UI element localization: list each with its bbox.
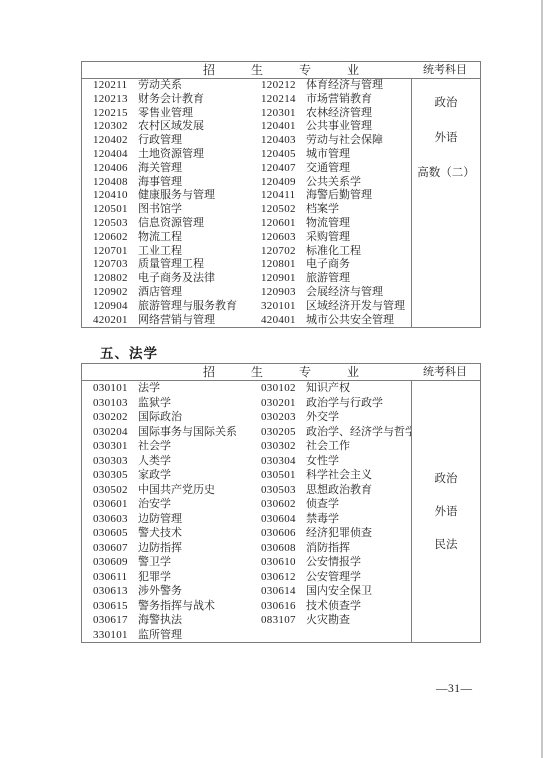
page-number: —31—	[436, 683, 473, 695]
major-name: 女性学	[306, 454, 411, 469]
major-name: 海警后勤管理	[306, 189, 411, 203]
major-code: 030501	[261, 468, 306, 483]
major-code: 030617	[93, 613, 138, 628]
subjects-column-header: 统考科目	[410, 62, 480, 78]
major-code: 120212	[261, 79, 306, 93]
major-code: 030302	[261, 439, 306, 454]
major-code: 120214	[261, 93, 306, 107]
major-name: 城市管理	[306, 148, 411, 162]
exam-subject: 外语	[435, 131, 458, 145]
major-code	[261, 628, 306, 643]
major-code: 120903	[261, 286, 306, 300]
majors-rows: 030101法学030102知识产权030103监狱学030201政治学与行政学…	[82, 381, 411, 642]
major-name: 知识产权	[306, 381, 411, 396]
major-code: 030102	[261, 381, 306, 396]
table-row: 030305家政学030501科学社会主义	[82, 468, 411, 483]
subjects-column-header: 统考科目	[410, 364, 480, 380]
major-code: 120408	[93, 176, 138, 190]
major-code: 120215	[93, 107, 138, 121]
major-name: 监狱学	[138, 396, 261, 411]
major-name: 旅游管理与服务教育	[138, 300, 261, 314]
major-code: 030502	[93, 483, 138, 498]
table-row: 030601治安学030602侦查学	[82, 497, 411, 512]
major-name: 标准化工程	[306, 245, 411, 259]
table-row: 120602物流工程120603采购管理	[82, 231, 411, 245]
major-code: 030605	[93, 526, 138, 541]
table-row: 030204国际事务与国际关系030205政治学、经济学与哲学	[82, 425, 411, 440]
table-row: 030103监狱学030201政治学与行政学	[82, 396, 411, 411]
major-name: 禁毒学	[306, 512, 411, 527]
major-name: 劳动与社会保障	[306, 134, 411, 148]
major-name: 海警执法	[138, 613, 261, 628]
table-body: 030101法学030102知识产权030103监狱学030201政治学与行政学…	[82, 381, 480, 642]
major-name: 酒店管理	[138, 286, 261, 300]
major-name: 边防管理	[138, 512, 261, 527]
major-code: 120409	[261, 176, 306, 190]
major-code: 030303	[93, 454, 138, 469]
major-name: 财务会计教育	[138, 93, 261, 107]
table-row: 030607边防指挥030608消防指挥	[82, 541, 411, 556]
major-name: 物流管理	[306, 217, 411, 231]
major-code: 420201	[93, 314, 138, 327]
table-row: 120211劳动关系120212体育经济与管理	[82, 79, 411, 93]
major-name: 思想政治教育	[306, 483, 411, 498]
major-code: 120410	[93, 189, 138, 203]
page-edge-shadow	[541, 0, 543, 758]
major-name: 政治学、经济学与哲学	[306, 425, 411, 440]
major-code: 030612	[261, 570, 306, 585]
table-row: 030617海警执法083107火灾勘查	[82, 613, 411, 628]
major-name: 警犬技术	[138, 526, 261, 541]
major-code: 120902	[93, 286, 138, 300]
major-name: 交通管理	[306, 162, 411, 176]
table-row: 120501图书馆学120502档案学	[82, 203, 411, 217]
major-name: 采购管理	[306, 231, 411, 245]
major-name: 警卫学	[138, 555, 261, 570]
major-name: 治安学	[138, 497, 261, 512]
table-row: 330101监所管理	[82, 628, 411, 643]
major-code: 120901	[261, 272, 306, 286]
table-header-row: 招生专业 统考科目	[82, 364, 480, 381]
major-name: 质量管理工程	[138, 258, 261, 272]
major-name: 社会学	[138, 439, 261, 454]
major-name: 网络营销与管理	[138, 314, 261, 327]
major-code: 030602	[261, 497, 306, 512]
major-code: 030613	[93, 584, 138, 599]
major-name: 体育经济与管理	[306, 79, 411, 93]
major-code: 120302	[93, 120, 138, 134]
exam-subject: 高数（二）	[417, 166, 475, 180]
major-name: 图书馆学	[138, 203, 261, 217]
major-code: 030611	[93, 570, 138, 585]
table-row: 120410健康服务与管理120411海警后勤管理	[82, 189, 411, 203]
major-name: 城市公共安全管理	[306, 314, 411, 327]
table-body: 120211劳动关系120212体育经济与管理120213财务会计教育12021…	[82, 79, 480, 327]
table-row: 120213财务会计教育120214市场营销教育	[82, 93, 411, 107]
major-code: 030607	[93, 541, 138, 556]
section-title-law: 五、法学	[100, 342, 158, 362]
table-row: 120703质量管理工程120801电子商务	[82, 258, 411, 272]
major-code: 120406	[93, 162, 138, 176]
major-code: 120407	[261, 162, 306, 176]
major-code: 030204	[93, 425, 138, 440]
major-code: 030503	[261, 483, 306, 498]
table-row: 030502中国共产党历史030503思想政治教育	[82, 483, 411, 498]
major-name: 区域经济开发与管理	[306, 300, 411, 314]
major-code: 030616	[261, 599, 306, 614]
exam-subjects-cell: 政治外语高数（二）	[411, 79, 480, 327]
major-name: 零售业管理	[138, 107, 261, 121]
major-code: 120503	[93, 217, 138, 231]
major-code: 120404	[93, 148, 138, 162]
table-row: 030609警卫学030610公安情报学	[82, 555, 411, 570]
major-name: 会展经济与管理	[306, 286, 411, 300]
table-row: 120902酒店管理120903会展经济与管理	[82, 286, 411, 300]
table-row: 030101法学030102知识产权	[82, 381, 411, 396]
major-name: 行政管理	[138, 134, 261, 148]
major-name: 中国共产党历史	[138, 483, 261, 498]
major-name: 外交学	[306, 410, 411, 425]
major-name: 政治学与行政学	[306, 396, 411, 411]
table-row: 420201网络营销与管理420401城市公共安全管理	[82, 314, 411, 327]
major-name: 土地资源管理	[138, 148, 261, 162]
major-code: 120405	[261, 148, 306, 162]
major-name: 物流工程	[138, 231, 261, 245]
major-code: 030101	[93, 381, 138, 396]
major-name	[306, 628, 411, 643]
major-name: 涉外警务	[138, 584, 261, 599]
table-row: 030603边防管理030604禁毒学	[82, 512, 411, 527]
major-code: 030202	[93, 410, 138, 425]
major-code: 030608	[261, 541, 306, 556]
major-name: 海事管理	[138, 176, 261, 190]
major-name: 国际事务与国际关系	[138, 425, 261, 440]
major-name: 工业工程	[138, 245, 261, 259]
table-row: 030202国际政治030203外交学	[82, 410, 411, 425]
major-code: 120801	[261, 258, 306, 272]
major-code: 120904	[93, 300, 138, 314]
major-name: 电子商务及法律	[138, 272, 261, 286]
major-code: 330101	[93, 628, 138, 643]
major-code: 030205	[261, 425, 306, 440]
table-row: 120503信息资源管理120601物流管理	[82, 217, 411, 231]
major-name: 社会工作	[306, 439, 411, 454]
major-name: 档案学	[306, 203, 411, 217]
major-name: 健康服务与管理	[138, 189, 261, 203]
exam-subject: 政治	[435, 472, 458, 486]
major-code: 030103	[93, 396, 138, 411]
major-code: 120802	[93, 272, 138, 286]
major-name: 旅游管理	[306, 272, 411, 286]
major-code: 083107	[261, 613, 306, 628]
table-row: 030605警犬技术030606经济犯罪侦查	[82, 526, 411, 541]
major-code: 030203	[261, 410, 306, 425]
table-row: 030301社会学030302社会工作	[82, 439, 411, 454]
major-name: 海关管理	[138, 162, 261, 176]
major-name: 边防指挥	[138, 541, 261, 556]
table-row: 120408海事管理120409公共关系学	[82, 176, 411, 190]
major-code: 320101	[261, 300, 306, 314]
major-name: 国际政治	[138, 410, 261, 425]
major-name: 技术侦查学	[306, 599, 411, 614]
major-code: 120402	[93, 134, 138, 148]
major-name: 国内安全保卫	[306, 584, 411, 599]
exam-subject: 民法	[435, 538, 458, 552]
document-page: 招生专业 统考科目 120211劳动关系120212体育经济与管理120213财…	[0, 0, 546, 758]
major-name: 电子商务	[306, 258, 411, 272]
major-code: 030609	[93, 555, 138, 570]
major-code: 120603	[261, 231, 306, 245]
table-row: 120406海关管理120407交通管理	[82, 162, 411, 176]
exam-subject: 外语	[435, 505, 458, 519]
table-row: 120904旅游管理与服务教育320101区域经济开发与管理	[82, 300, 411, 314]
major-code: 120411	[261, 189, 306, 203]
major-code: 120601	[261, 217, 306, 231]
major-code: 120703	[93, 258, 138, 272]
major-name: 人类学	[138, 454, 261, 469]
major-code: 120602	[93, 231, 138, 245]
major-name: 法学	[138, 381, 261, 396]
major-code: 120403	[261, 134, 306, 148]
table-row: 120402行政管理120403劳动与社会保障	[82, 134, 411, 148]
major-name: 劳动关系	[138, 79, 261, 93]
major-name: 警务指挥与战术	[138, 599, 261, 614]
major-name: 信息资源管理	[138, 217, 261, 231]
majors-rows: 120211劳动关系120212体育经济与管理120213财务会计教育12021…	[82, 79, 411, 327]
major-code: 120702	[261, 245, 306, 259]
major-name: 犯罪学	[138, 570, 261, 585]
major-name: 科学社会主义	[306, 468, 411, 483]
major-name: 侦查学	[306, 497, 411, 512]
major-code: 030614	[261, 584, 306, 599]
majors-table-management: 招生专业 统考科目 120211劳动关系120212体育经济与管理120213财…	[81, 61, 481, 328]
major-name: 市场营销教育	[306, 93, 411, 107]
table-row: 120215零售业管理120301农林经济管理	[82, 107, 411, 121]
major-code: 030305	[93, 468, 138, 483]
major-code: 120701	[93, 245, 138, 259]
major-code: 030615	[93, 599, 138, 614]
major-code: 120211	[93, 79, 138, 93]
table-row: 030613涉外警务030614国内安全保卫	[82, 584, 411, 599]
major-code: 120401	[261, 120, 306, 134]
major-name: 家政学	[138, 468, 261, 483]
major-name: 农村区域发展	[138, 120, 261, 134]
major-name: 监所管理	[138, 628, 261, 643]
major-name: 公共关系学	[306, 176, 411, 190]
major-name: 公安情报学	[306, 555, 411, 570]
major-code: 120301	[261, 107, 306, 121]
table-row: 120701工业工程120702标准化工程	[82, 245, 411, 259]
major-code: 120502	[261, 203, 306, 217]
table-row: 030615警务指挥与战术030616技术侦查学	[82, 599, 411, 614]
exam-subject: 政治	[435, 96, 458, 110]
major-code: 030301	[93, 439, 138, 454]
table-row: 120302农村区域发展120401公共事业管理	[82, 120, 411, 134]
major-code: 030610	[261, 555, 306, 570]
major-code: 120501	[93, 203, 138, 217]
major-code: 120213	[93, 93, 138, 107]
major-name: 公共事业管理	[306, 120, 411, 134]
major-name: 消防指挥	[306, 541, 411, 556]
table-row: 120802电子商务及法律120901旅游管理	[82, 272, 411, 286]
table-header-row: 招生专业 统考科目	[82, 62, 480, 79]
exam-subjects-cell: 政治外语民法	[411, 381, 480, 642]
majors-table-law: 招生专业 统考科目 030101法学030102知识产权030103监狱学030…	[81, 363, 481, 643]
major-name: 公安管理学	[306, 570, 411, 585]
major-code: 030601	[93, 497, 138, 512]
major-name: 农林经济管理	[306, 107, 411, 121]
major-code: 030606	[261, 526, 306, 541]
table-row: 030611犯罪学030612公安管理学	[82, 570, 411, 585]
major-code: 030603	[93, 512, 138, 527]
table-row: 120404土地资源管理120405城市管理	[82, 148, 411, 162]
major-name: 火灾勘查	[306, 613, 411, 628]
table-row: 030303人类学030304女性学	[82, 454, 411, 469]
major-name: 经济犯罪侦查	[306, 526, 411, 541]
major-code: 030604	[261, 512, 306, 527]
major-code: 030304	[261, 454, 306, 469]
major-code: 030201	[261, 396, 306, 411]
major-code: 420401	[261, 314, 306, 327]
